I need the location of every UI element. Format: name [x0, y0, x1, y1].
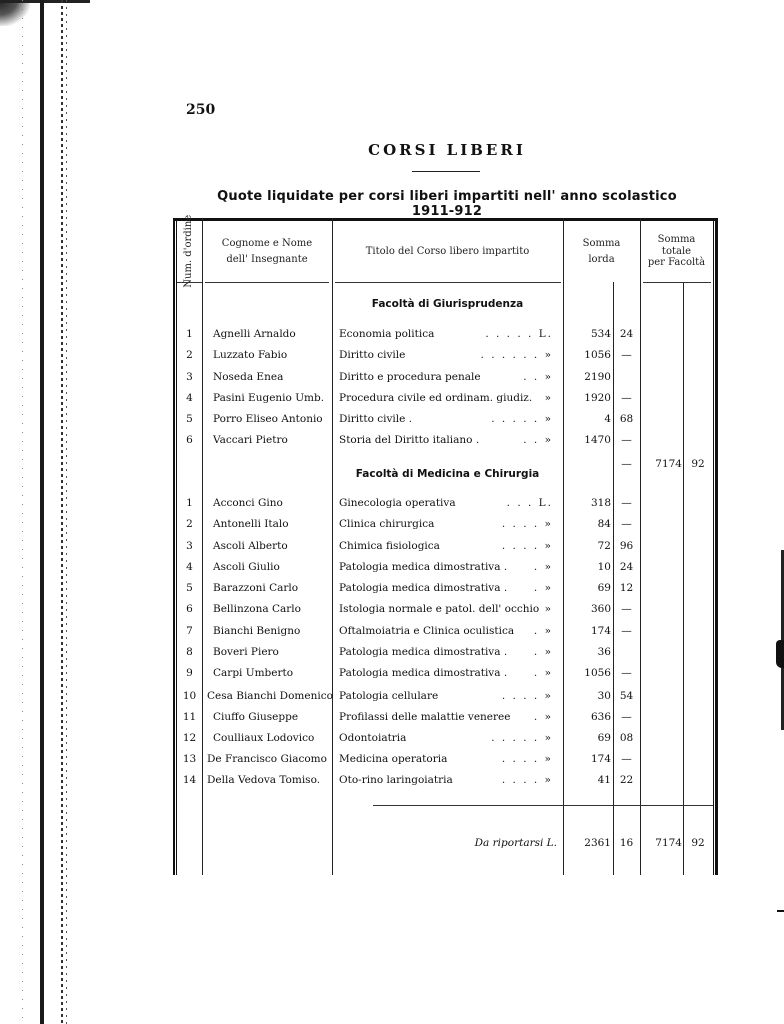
row-lira: 1056 [563, 667, 611, 679]
row-cent: — [613, 392, 640, 404]
row-leader: . » [473, 646, 553, 658]
row-teacher: Carpi Umberto [213, 667, 333, 679]
row-teacher: Coulliaux Lodovico [213, 732, 333, 744]
row-cent: — [613, 711, 640, 723]
header-num-label: Num. d'ordine [184, 215, 195, 288]
row-cent: — [613, 349, 640, 361]
table-row: 3 Noseda Enea Diritto e procedura penale… [173, 371, 713, 391]
table-row: 10 Cesa Bianchi Domenico Patologia cellu… [173, 690, 713, 710]
header-title: Titolo del Corso libero impartito [332, 221, 563, 282]
row-num: 14 [177, 774, 202, 786]
row-lira: 72 [563, 540, 611, 552]
row-teacher: Boveri Piero [213, 646, 333, 658]
header-name-line2: dell' Insegnante [226, 252, 307, 268]
row-cent: — [613, 518, 640, 530]
row-teacher: Della Vedova Tomiso. [207, 774, 327, 786]
row-cent: 24 [613, 328, 640, 340]
row-num: 10 [177, 690, 202, 702]
table-row: 4 Ascoli Giulio Patologia medica dimostr… [173, 561, 713, 581]
row-leader: . . . . » [473, 753, 553, 765]
table-row: 3 Ascoli Alberto Chimica fisiologica . .… [173, 540, 713, 560]
row-num: 4 [177, 561, 202, 573]
table-row: 1 Acconci Gino Ginecologia operativa . .… [173, 497, 713, 517]
table-row: 13 De Francisco Giacomo Medicina operato… [173, 753, 713, 773]
row-leader: » [473, 392, 553, 404]
row-leader: . . . . » [473, 774, 553, 786]
row-num: 5 [177, 582, 202, 594]
row-num: 9 [177, 667, 202, 679]
page-title: CORSI LIBERI [0, 141, 784, 159]
table-row: 12 Coulliaux Lodovico Odontoiatria . . .… [173, 732, 713, 752]
table-row: 7 Bianchi Benigno Oftalmoiatria e Clinic… [173, 625, 713, 645]
table-row: 6 Bellinzona Carlo Istologia normale e p… [173, 603, 713, 623]
row-num: 2 [177, 349, 202, 361]
row-lira: 30 [563, 690, 611, 702]
header-title-label: Titolo del Corso libero impartito [366, 244, 530, 260]
carry-lorda-cent: 16 [613, 837, 640, 849]
row-num: 2 [177, 518, 202, 530]
row-cent: 24 [613, 561, 640, 573]
header-lorda-line2: lorda [588, 252, 614, 268]
section-heading: Facoltà di Medicina e Chirurgia [332, 468, 563, 480]
row-lira: 36 [563, 646, 611, 658]
scan-shadow-corner [0, 0, 30, 26]
row-leader: . » [473, 561, 553, 573]
row-leader: . . . . . L. [473, 328, 553, 340]
section-total-lira: 7174 [640, 458, 682, 470]
table-row: 5 Barazzoni Carlo Patologia medica dimos… [173, 582, 713, 602]
row-teacher: Cesa Bianchi Domenico [207, 690, 327, 702]
row-num: 12 [177, 732, 202, 744]
table-row: 2 Antonelli Italo Clinica chirurgica . .… [173, 518, 713, 538]
row-lira: 1056 [563, 349, 611, 361]
row-lira: 636 [563, 711, 611, 723]
row-cent: 68 [613, 413, 640, 425]
row-teacher: Ascoli Alberto [213, 540, 333, 552]
row-teacher: Antonelli Italo [213, 518, 333, 530]
header-totale-line2: totale [662, 246, 691, 258]
row-cent: 12 [613, 582, 640, 594]
row-num: 5 [177, 413, 202, 425]
row-lira: 41 [563, 774, 611, 786]
table-row: 8 Boveri Piero Patologia medica dimostra… [173, 646, 713, 666]
quote-table: Num. d'ordine Cognome e Nome dell' Inseg… [173, 218, 718, 875]
row-leader: . » [473, 582, 553, 594]
table-row: 1 Agnelli Arnaldo Economia politica . . … [173, 328, 713, 348]
header-name-line1: Cognome e Nome [222, 236, 312, 252]
header-rule [205, 282, 329, 283]
row-cent: — [613, 625, 640, 637]
row-leader: . . . . . » [473, 732, 553, 744]
row-num: 3 [177, 371, 202, 383]
row-cent: — [613, 603, 640, 615]
row-leader: . » [473, 625, 553, 637]
row-cent: — [613, 434, 640, 446]
row-cent: — [613, 497, 640, 509]
row-num: 3 [177, 540, 202, 552]
row-num: 6 [177, 603, 202, 615]
row-lira: 1920 [563, 392, 611, 404]
row-teacher: Porro Eliseo Antonio [213, 413, 333, 425]
row-leader: . » [473, 667, 553, 679]
header-totale-line1: Somma [658, 234, 696, 246]
table-row: 9 Carpi Umberto Patologia medica dimostr… [173, 667, 713, 687]
row-num: 1 [177, 328, 202, 340]
header-rule [335, 282, 561, 283]
header-somma-lorda: Somma lorda [563, 221, 640, 282]
row-teacher: Acconci Gino [213, 497, 333, 509]
row-lira: 4 [563, 413, 611, 425]
row-lira: 10 [563, 561, 611, 573]
row-cent: 08 [613, 732, 640, 744]
row-teacher: Ascoli Giulio [213, 561, 333, 573]
row-num: 7 [177, 625, 202, 637]
row-lira: 1470 [563, 434, 611, 446]
row-num: 11 [177, 711, 202, 723]
row-teacher: Pasini Eugenio Umb. [213, 392, 333, 404]
table-row: 6 Vaccari Pietro Storia del Diritto ital… [173, 434, 713, 454]
row-leader: . . . L. [473, 497, 553, 509]
row-cent: 22 [613, 774, 640, 786]
page-subtitle: Quote liquidate per corsi liberi imparti… [212, 189, 682, 219]
carry-totale-cent: 92 [683, 837, 713, 849]
row-cent: 54 [613, 690, 640, 702]
row-leader: . . . . » [473, 690, 553, 702]
row-lira: 360 [563, 603, 611, 615]
row-lira: 84 [563, 518, 611, 530]
scan-edge-top [0, 0, 90, 3]
row-leader: . . . . . . » [473, 349, 553, 361]
row-num: 13 [177, 753, 202, 765]
row-num: 6 [177, 434, 202, 446]
row-teacher: Bellinzona Carlo [213, 603, 333, 615]
carry-lorda-lira: 2361 [563, 837, 611, 849]
carry-totale-lira: 7174 [640, 837, 682, 849]
table-row: 11 Ciuffo Giuseppe Profilassi delle mala… [173, 711, 713, 731]
row-num: 1 [177, 497, 202, 509]
row-teacher: Vaccari Pietro [213, 434, 333, 446]
table-row: 2 Luzzato Fabio Diritto civile . . . . .… [173, 349, 713, 369]
row-teacher: Ciuffo Giuseppe [213, 711, 333, 723]
table-row: 14 Della Vedova Tomiso. Oto-rino laringo… [173, 774, 713, 794]
row-teacher: De Francisco Giacomo [207, 753, 327, 765]
title-divider [412, 171, 480, 172]
section-total-cent: 92 [683, 458, 713, 470]
subtotal-dash: — [613, 458, 640, 470]
row-cent: — [613, 753, 640, 765]
table-border-right [713, 218, 718, 875]
row-num: 4 [177, 392, 202, 404]
carry-forward-label: Da riportarsi L. [373, 837, 557, 849]
row-cent: 96 [613, 540, 640, 552]
row-teacher: Luzzato Fabio [213, 349, 333, 361]
row-leader: . . » [473, 434, 553, 446]
row-lira: 534 [563, 328, 611, 340]
table-row: 5 Porro Eliseo Antonio Diritto civile . … [173, 413, 713, 433]
header-num: Num. d'ordine [177, 221, 202, 282]
row-cent: — [613, 667, 640, 679]
section-heading: Facoltà di Giurisprudenza [332, 298, 563, 310]
row-teacher: Barazzoni Carlo [213, 582, 333, 594]
scan-smudge [777, 910, 784, 912]
row-leader: . » [473, 711, 553, 723]
row-leader: . . » [473, 371, 553, 383]
header-name: Cognome e Nome dell' Insegnante [202, 221, 332, 282]
header-totale-line3: per Facoltà [648, 257, 705, 269]
row-lira: 2190 [563, 371, 611, 383]
row-lira: 318 [563, 497, 611, 509]
page-number: 250 [186, 102, 215, 118]
header-lorda-line1: Somma [583, 236, 621, 252]
row-leader: . . . . . » [473, 413, 553, 425]
row-lira: 69 [563, 732, 611, 744]
header-somma-totale: Somma totale per Facoltà [640, 221, 713, 282]
row-lira: 69 [563, 582, 611, 594]
row-leader: . . . . » [473, 518, 553, 530]
row-teacher: Noseda Enea [213, 371, 333, 383]
total-rule [373, 805, 713, 806]
scan-smudge [776, 640, 784, 668]
header-rule [643, 282, 711, 283]
row-lira: 174 [563, 753, 611, 765]
row-num: 8 [177, 646, 202, 658]
row-teacher: Agnelli Arnaldo [213, 328, 333, 340]
row-leader: . . . . » [473, 540, 553, 552]
row-lira: 174 [563, 625, 611, 637]
row-leader: » [473, 603, 553, 615]
row-teacher: Bianchi Benigno [213, 625, 333, 637]
table-row: 4 Pasini Eugenio Umb. Procedura civile e… [173, 392, 713, 412]
